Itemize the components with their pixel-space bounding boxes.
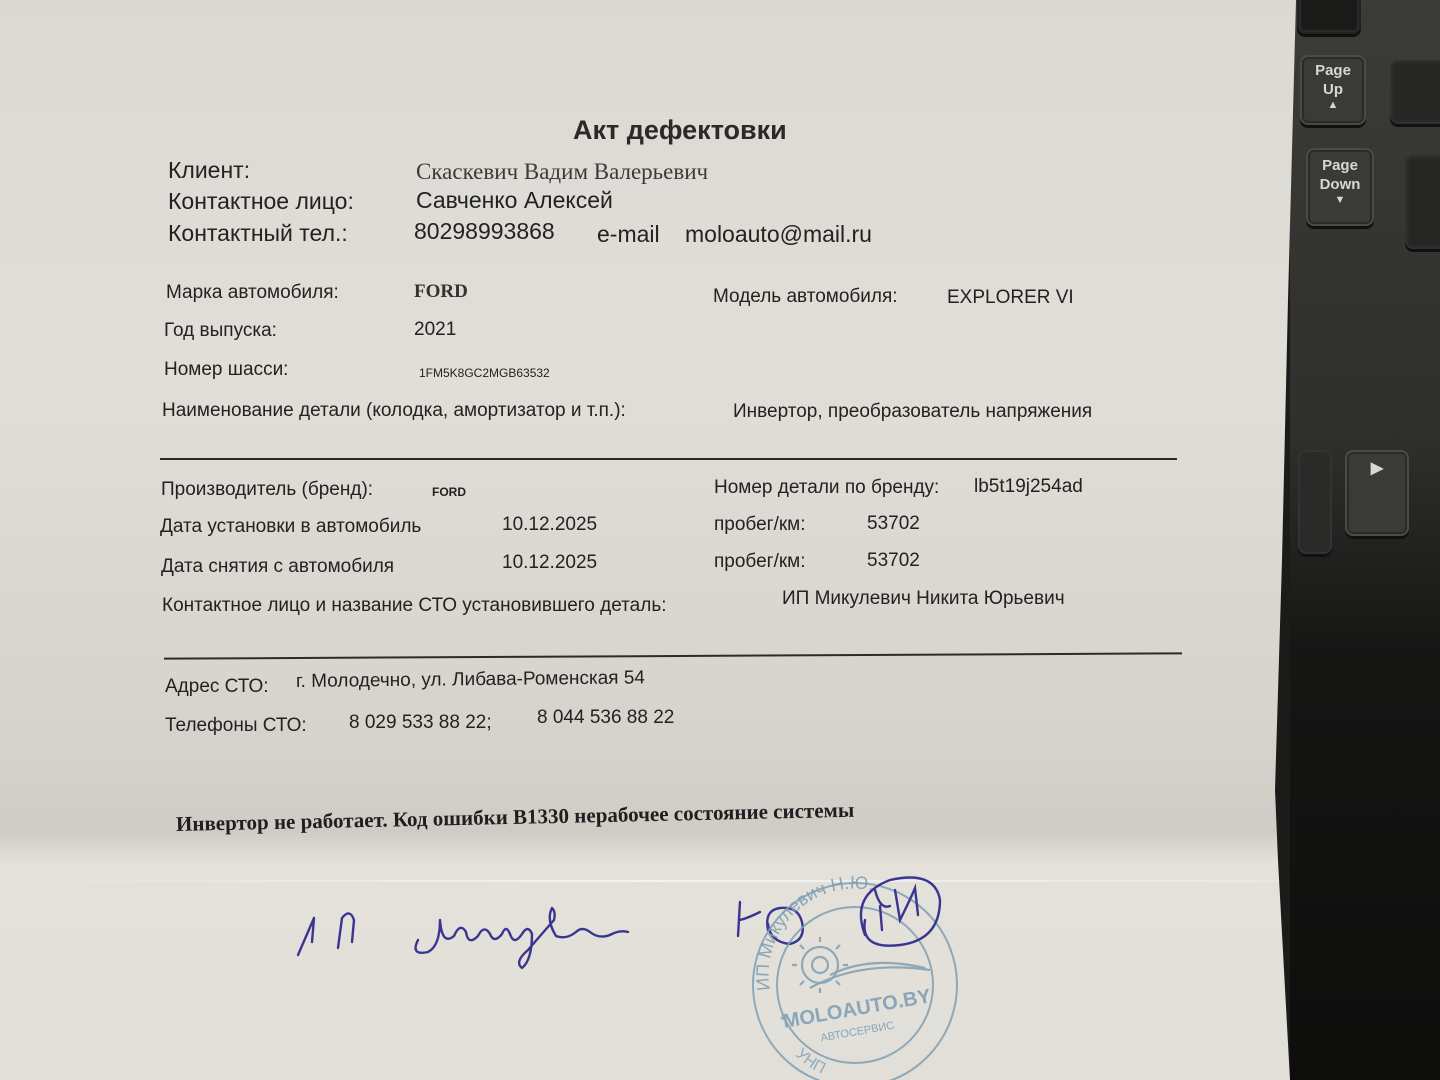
install-date-label: Дата установки в автомобиль bbox=[160, 516, 421, 538]
arrow-up-icon: ▲ bbox=[1302, 99, 1364, 111]
year-value: 2021 bbox=[414, 319, 456, 341]
install-mileage-label: пробег/км: bbox=[714, 514, 806, 536]
year-label: Год выпуска: bbox=[164, 320, 277, 342]
separator-line bbox=[160, 458, 1177, 460]
stamp-ring-text: ИП Микулевич Н.Ю. bbox=[752, 872, 875, 991]
svg-text:*: * bbox=[780, 1012, 786, 1028]
chassis-label: Номер шасси: bbox=[164, 359, 288, 381]
removal-date-value: 10.12.2025 bbox=[502, 552, 597, 574]
client-label: Клиент: bbox=[168, 157, 250, 184]
service-phone-2: 8 044 536 88 22 bbox=[537, 707, 674, 729]
contact-person-value: Савченко Алексей bbox=[416, 187, 613, 214]
key-label: Page bbox=[1322, 157, 1358, 174]
service-phone-1: 8 029 533 88 22; bbox=[349, 712, 492, 734]
installer-value: ИП Микулевич Никита Юрьевич bbox=[782, 588, 1065, 610]
car-model-value: EXPLORER VI bbox=[947, 287, 1074, 309]
install-mileage-value: 53702 bbox=[867, 513, 920, 535]
key-label: Page bbox=[1315, 62, 1351, 79]
installer-label: Контактное лицо и название СТО установив… bbox=[162, 595, 667, 617]
part-name-label: Наименование детали (колодка, амортизато… bbox=[162, 400, 626, 422]
keyboard-key bbox=[1297, 0, 1361, 34]
keyboard-key bbox=[1390, 60, 1440, 124]
part-number-value: lb5t19j254ad bbox=[974, 476, 1083, 498]
email-value: moloauto@mail.ru bbox=[685, 221, 872, 248]
manufacturer-value: FORD bbox=[432, 485, 466, 499]
arrow-right-icon: ▶ bbox=[1371, 460, 1383, 477]
contact-phone-label: Контактный тел.: bbox=[168, 220, 348, 247]
company-stamp: ИП Микулевич Н.Ю. УНП MOLOAUTO.BY АВТОСЕ… bbox=[740, 840, 970, 1080]
part-number-label: Номер детали по бренду: bbox=[714, 477, 939, 499]
install-date-value: 10.12.2025 bbox=[502, 514, 597, 536]
separator-line bbox=[164, 652, 1182, 659]
email-label: e-mail bbox=[597, 221, 660, 248]
removal-mileage-value: 53702 bbox=[867, 550, 920, 572]
car-brand-value: FORD bbox=[414, 281, 468, 303]
arrow-down-icon: ▼ bbox=[1308, 194, 1372, 206]
page-up-key: Page Up ▲ bbox=[1300, 55, 1366, 125]
contact-phone-value: 80298993868 bbox=[414, 218, 555, 245]
client-value: Скаскевич Вадим Валерьевич bbox=[416, 159, 708, 185]
part-name-value: Инвертор, преобразователь напряжения bbox=[733, 401, 1092, 423]
removal-date-label: Дата снятия с автомобиля bbox=[161, 556, 394, 578]
defect-note: Инвертор не работает. Код ошибки B1330 н… bbox=[176, 798, 855, 837]
service-address-value: г. Молодечно, ул. Либава-Роменская 54 bbox=[296, 667, 645, 693]
contact-person-label: Контактное лицо: bbox=[168, 188, 354, 215]
car-model-label: Модель автомобиля: bbox=[713, 286, 898, 308]
gear-car-icon bbox=[792, 937, 930, 993]
key-label: Down bbox=[1320, 176, 1361, 193]
keyboard-key bbox=[1405, 155, 1440, 249]
service-address-label: Адрес СТО: bbox=[165, 676, 269, 698]
chassis-value: 1FM5K8GC2MGB63532 bbox=[419, 366, 550, 380]
keyboard-key bbox=[1298, 450, 1332, 554]
manufacturer-label: Производитель (бренд): bbox=[161, 479, 373, 501]
document-title: Акт дефектовки bbox=[573, 115, 787, 146]
right-arrow-key: ▶ bbox=[1345, 450, 1409, 536]
key-label: Up bbox=[1323, 81, 1343, 98]
defect-report-paper: Акт дефектовки Клиент: Скаскевич Вадим В… bbox=[0, 0, 1300, 1080]
removal-mileage-label: пробег/км: bbox=[714, 551, 806, 573]
svg-text:УНП: УНП bbox=[792, 1045, 828, 1077]
page-down-key: Page Down ▼ bbox=[1306, 148, 1374, 226]
car-brand-label: Марка автомобиля: bbox=[166, 282, 339, 304]
service-phones-label: Телефоны СТО: bbox=[165, 715, 307, 737]
